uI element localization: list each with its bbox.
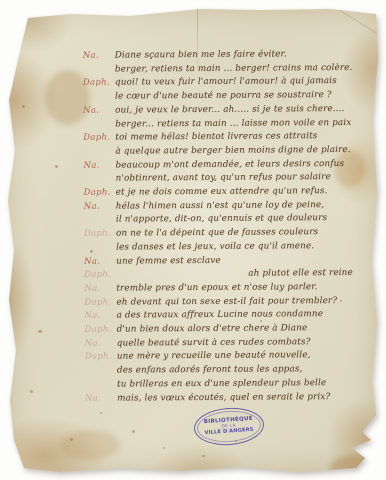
verse-text: des enfans adorés feront tous les appas,	[117, 364, 303, 375]
verse-text: quoi! tu veux fuir l'amour! l'amour! à q…	[115, 76, 337, 88]
verse-text: ah plutot elle est reine	[248, 268, 353, 279]
verse-text: toi meme hélas! bientot livreras ces att…	[115, 131, 317, 142]
speaker-label: Na.	[84, 201, 100, 211]
verse-text: il n'apporte, dit-on, qu'ennuis et que d…	[116, 213, 327, 224]
speaker-label: Daph.	[84, 188, 111, 198]
verse-text: n'obtinrent, avant toy, qu'un refus pour…	[116, 172, 331, 184]
speaker-label: Na.	[84, 256, 100, 266]
verse-text: Diane sçaura bien me les faire éviter.	[115, 49, 287, 60]
verse-text: berger, retiens ta main ... berger! crai…	[115, 63, 353, 75]
verse-text: berger... retiens ta main ... laisse mon…	[115, 117, 351, 129]
speaker-label: Daph.	[84, 270, 111, 280]
verse-text: tremble pres d'un epoux et n'ose luy par…	[116, 282, 317, 293]
verse-text: quelle beauté survit à ces rudes combats…	[117, 337, 311, 348]
verse-text: on ne te l'a dépeint que de fausses coul…	[116, 227, 318, 238]
speaker-label: Na.	[84, 284, 100, 294]
manuscript-line: Na.mais, les vœux écoutés, quel en serai…	[1, 391, 386, 408]
speaker-label: Daph.	[84, 229, 111, 239]
verse-text: le cœur d'une beauté ne pourra se soustr…	[115, 90, 332, 102]
library-stamp-text: BIBLIOTHÈQUE DE LA VILLE D'ANGERS	[204, 416, 254, 436]
verse-text: beaucoup m'ont demandée, et leurs desirs…	[115, 159, 344, 171]
paper-sheet: Na.Diane sçaura bien me les faire éviter…	[0, 0, 386, 480]
verse-text: tu brilleras en eux d'une splendeur plus…	[117, 378, 326, 389]
paper-surface: Na.Diane sçaura bien me les faire éviter…	[0, 0, 386, 480]
speaker-label: Daph.	[85, 325, 112, 335]
verse-text: a des travaux affreux Lucine nous condam…	[116, 309, 323, 320]
verse-text: une femme est esclave	[116, 255, 221, 266]
verse-text: les danses et les jeux, voila ce qu'il a…	[116, 241, 314, 252]
speaker-label: Daph.	[85, 352, 112, 362]
verse-text: hélas l'himen aussi n'est qu'une loy de …	[116, 200, 324, 211]
verse-text: mais, les vœux écoutés, quel en serait l…	[117, 392, 330, 403]
speaker-label: Na.	[85, 393, 101, 403]
scan-background: Na.Diane sçaura bien me les faire éviter…	[0, 0, 386, 480]
speaker-label: Na.	[83, 160, 99, 170]
speaker-label: Na.	[83, 51, 99, 61]
speaker-label: Na.	[83, 105, 99, 115]
verse-text: une mère y recueille une beauté nouvelle…	[117, 351, 311, 362]
speaker-label: Daph.	[84, 297, 111, 307]
verse-text: oui, je veux le braver... ah..... si je …	[115, 104, 345, 116]
verse-text: d'un bien doux alors d'etre chere à Dian…	[117, 323, 308, 334]
manuscript-lines: Na.Diane sçaura bien me les faire éviter…	[0, 0, 386, 480]
speaker-label: Daph.	[83, 133, 110, 143]
verse-text: à quelque autre berger bien moins digne …	[115, 145, 350, 157]
speaker-label: Daph.	[83, 78, 110, 88]
speaker-label: Na.	[85, 338, 101, 348]
verse-text: et je ne dois comme eux attendre qu'un r…	[116, 186, 328, 197]
verse-text: eh devant qui ton sexe est-il fait pour …	[116, 296, 337, 308]
speaker-label: Na.	[84, 311, 100, 321]
